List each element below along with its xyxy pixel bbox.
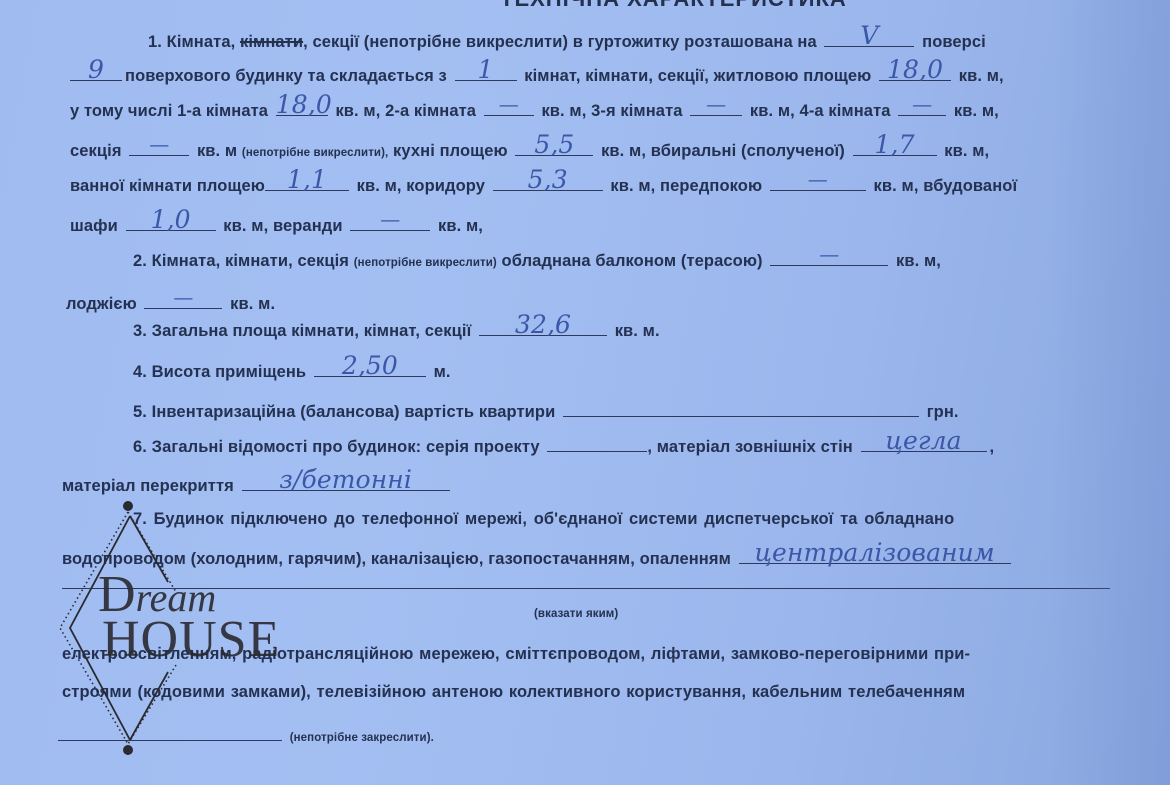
- rooms-count-value: 1: [455, 57, 517, 82]
- note: (непотрібне викреслити): [354, 257, 497, 269]
- document-header: ТЕХНІЧНА ХАРАКТЕРИСТИКА: [500, 0, 847, 12]
- item2-line1: 2. Кімната, кімнати, секція (непотрібне …: [133, 247, 941, 271]
- floor-slab-material-value: з/бетонні: [242, 467, 450, 492]
- document-page: ТЕХНІЧНА ХАРАКТЕРИСТИКА 1. Кімната, кімн…: [0, 0, 1170, 785]
- wall-material-value: цегла: [861, 428, 987, 453]
- text: 6. Загальні відомості про будинок: серія…: [133, 438, 540, 456]
- text: поверсі: [922, 33, 986, 51]
- text: 5. Інвентаризаційна (балансова) вартість…: [133, 403, 555, 421]
- text: кв. м, 3-я кімната: [541, 102, 682, 120]
- text: 3. Загальна площа кімнати, кімнат, секці…: [133, 322, 471, 340]
- unit: м.: [434, 363, 451, 381]
- text: матеріал перекриття: [62, 477, 234, 495]
- text: , матеріал зовнішніх стін: [647, 438, 852, 456]
- item3-line: 3. Загальна площа кімнати, кімнат, секці…: [133, 317, 660, 341]
- room2-area-value: —: [484, 92, 534, 117]
- veranda-area-value: —: [350, 207, 430, 232]
- section-area-value: —: [129, 132, 189, 157]
- corridor-area-field[interactable]: 5,3: [493, 172, 603, 191]
- room4-area-field[interactable]: —: [898, 97, 946, 116]
- room1-area-value: 18,0: [276, 92, 328, 117]
- text: кімнат, кімнати, секції, житловою площею: [524, 67, 871, 85]
- loggia-area-value: —: [144, 285, 222, 310]
- living-area-value: 18,0: [879, 57, 951, 82]
- text: обладнана балконом (терасою): [502, 252, 763, 270]
- corridor-area-value: 5,3: [493, 167, 603, 192]
- item4-line: 4. Висота приміщень 2,50 м.: [133, 358, 451, 382]
- floor-value: V: [824, 23, 914, 48]
- heating-type-field[interactable]: централізованим: [739, 545, 1011, 564]
- floors-count-field[interactable]: 9: [70, 62, 122, 81]
- balcony-area-field[interactable]: —: [770, 247, 888, 266]
- item1-line1: 1. Кімната, кімнати, секції (непотрібне …: [148, 28, 986, 52]
- room3-area-field[interactable]: —: [690, 97, 742, 116]
- item5-line: 5. Інвентаризаційна (балансова) вартість…: [133, 398, 959, 422]
- text: кв. м, вбиральні (сполученої): [601, 142, 845, 160]
- struck-text: кімнати: [240, 33, 303, 51]
- text: кв. м, 2-а кімната: [335, 102, 476, 120]
- item1-line3: у тому числі 1-а кімната 18,0 кв. м, 2-а…: [70, 97, 999, 121]
- unit: кв. м,: [959, 67, 1004, 85]
- text: секція: [70, 142, 122, 160]
- total-area-field[interactable]: 32,6: [479, 317, 607, 336]
- text: 2. Кімната, кімнати, секція: [133, 252, 349, 270]
- text: 4. Висота приміщень: [133, 363, 306, 381]
- note: (непотрібне закреслити).: [290, 732, 434, 744]
- kitchen-area-value: 5,5: [515, 132, 593, 157]
- balcony-area-value: —: [770, 242, 888, 267]
- hallway-area-value: —: [770, 167, 866, 192]
- closet-area-value: 1,0: [126, 207, 216, 232]
- text: кв. м, веранди: [223, 217, 342, 235]
- item1-line2: 9поверхового будинку та складається з 1 …: [70, 62, 1004, 86]
- cross-out-field[interactable]: [58, 722, 282, 741]
- kitchen-area-field[interactable]: 5,5: [515, 137, 593, 156]
- bathroom-area-field[interactable]: 1,1: [265, 172, 349, 191]
- living-area-field[interactable]: 18,0: [879, 62, 951, 81]
- room1-area-field[interactable]: 18,0: [276, 97, 328, 116]
- item1-line5: ванної кімнати площею1,1 кв. м, коридору…: [70, 172, 1017, 196]
- text: кв. м,: [438, 217, 483, 235]
- text: кв. м: [197, 142, 237, 160]
- item1-line6: шафи 1,0 кв. м, веранди — кв. м,: [70, 212, 483, 236]
- ceiling-height-field[interactable]: 2,50: [314, 358, 426, 377]
- specify-note: (вказати яким): [534, 608, 618, 620]
- text: кв. м, коридору: [357, 177, 485, 195]
- total-area-value: 32,6: [479, 312, 607, 337]
- text: кв. м.: [230, 295, 275, 313]
- item6-line2: матеріал перекриття з/бетонні: [62, 472, 453, 496]
- unit: кв. м,: [944, 142, 989, 160]
- closet-area-field[interactable]: 1,0: [126, 212, 216, 231]
- unit: грн.: [927, 403, 959, 421]
- text: у тому числі 1-а кімната: [70, 102, 268, 120]
- room3-area-value: —: [690, 92, 742, 117]
- text: шафи: [70, 217, 118, 235]
- item6-line1: 6. Загальні відомості про будинок: серія…: [133, 433, 994, 457]
- text: кв. м, передпокою: [610, 177, 762, 195]
- heating-type-value: централізованим: [739, 540, 1011, 565]
- loggia-area-field[interactable]: —: [144, 290, 222, 309]
- inventory-value-field[interactable]: [563, 398, 919, 417]
- hallway-area-field[interactable]: —: [770, 172, 866, 191]
- text: кв. м, вбудованої: [874, 177, 1018, 195]
- text: кухні площею: [393, 142, 508, 160]
- item1-line4: секція — кв. м (непотрібне викреслити), …: [70, 137, 989, 161]
- text: кв. м, 4-а кімната: [750, 102, 891, 120]
- ceiling-height-value: 2,50: [314, 353, 426, 378]
- item7-line5: (непотрібне закреслити).: [58, 722, 434, 746]
- item7-line4: строями (кодовими замками), телевізійною…: [62, 683, 965, 702]
- text: , секції (непотрібне викреслити) в гурто…: [303, 33, 817, 51]
- logo-house-text: HOUSE: [102, 610, 280, 669]
- wall-material-field[interactable]: цегла: [861, 433, 987, 452]
- room2-area-field[interactable]: —: [484, 97, 534, 116]
- floor-slab-material-field[interactable]: з/бетонні: [242, 472, 450, 491]
- text: поверхового будинку та складається з: [125, 67, 447, 85]
- toilet-area-field[interactable]: 1,7: [853, 137, 937, 156]
- text: кв. м,: [896, 252, 941, 270]
- note: (непотрібне викреслити),: [242, 147, 388, 159]
- text: ванної кімнати площею: [70, 177, 265, 195]
- rooms-count-field[interactable]: 1: [455, 62, 517, 81]
- item2-line2: лоджією — кв. м.: [66, 290, 275, 314]
- section-area-field[interactable]: —: [129, 137, 189, 156]
- text: лоджією: [66, 295, 137, 313]
- room4-area-value: —: [898, 92, 946, 117]
- item7-line1: 7. Будинок підключено до телефонної мере…: [133, 510, 954, 529]
- toilet-area-value: 1,7: [853, 132, 937, 157]
- unit: кв. м.: [615, 322, 660, 340]
- bathroom-area-value: 1,1: [265, 167, 349, 192]
- veranda-area-field[interactable]: —: [350, 212, 430, 231]
- floor-field[interactable]: V: [824, 28, 914, 47]
- page-shadow: [1050, 0, 1170, 785]
- project-series-field[interactable]: [547, 433, 647, 452]
- specify-rule: [62, 588, 1110, 589]
- floors-count-value: 9: [70, 57, 122, 82]
- text: 1. Кімната,: [148, 33, 240, 51]
- unit: кв. м,: [954, 102, 999, 120]
